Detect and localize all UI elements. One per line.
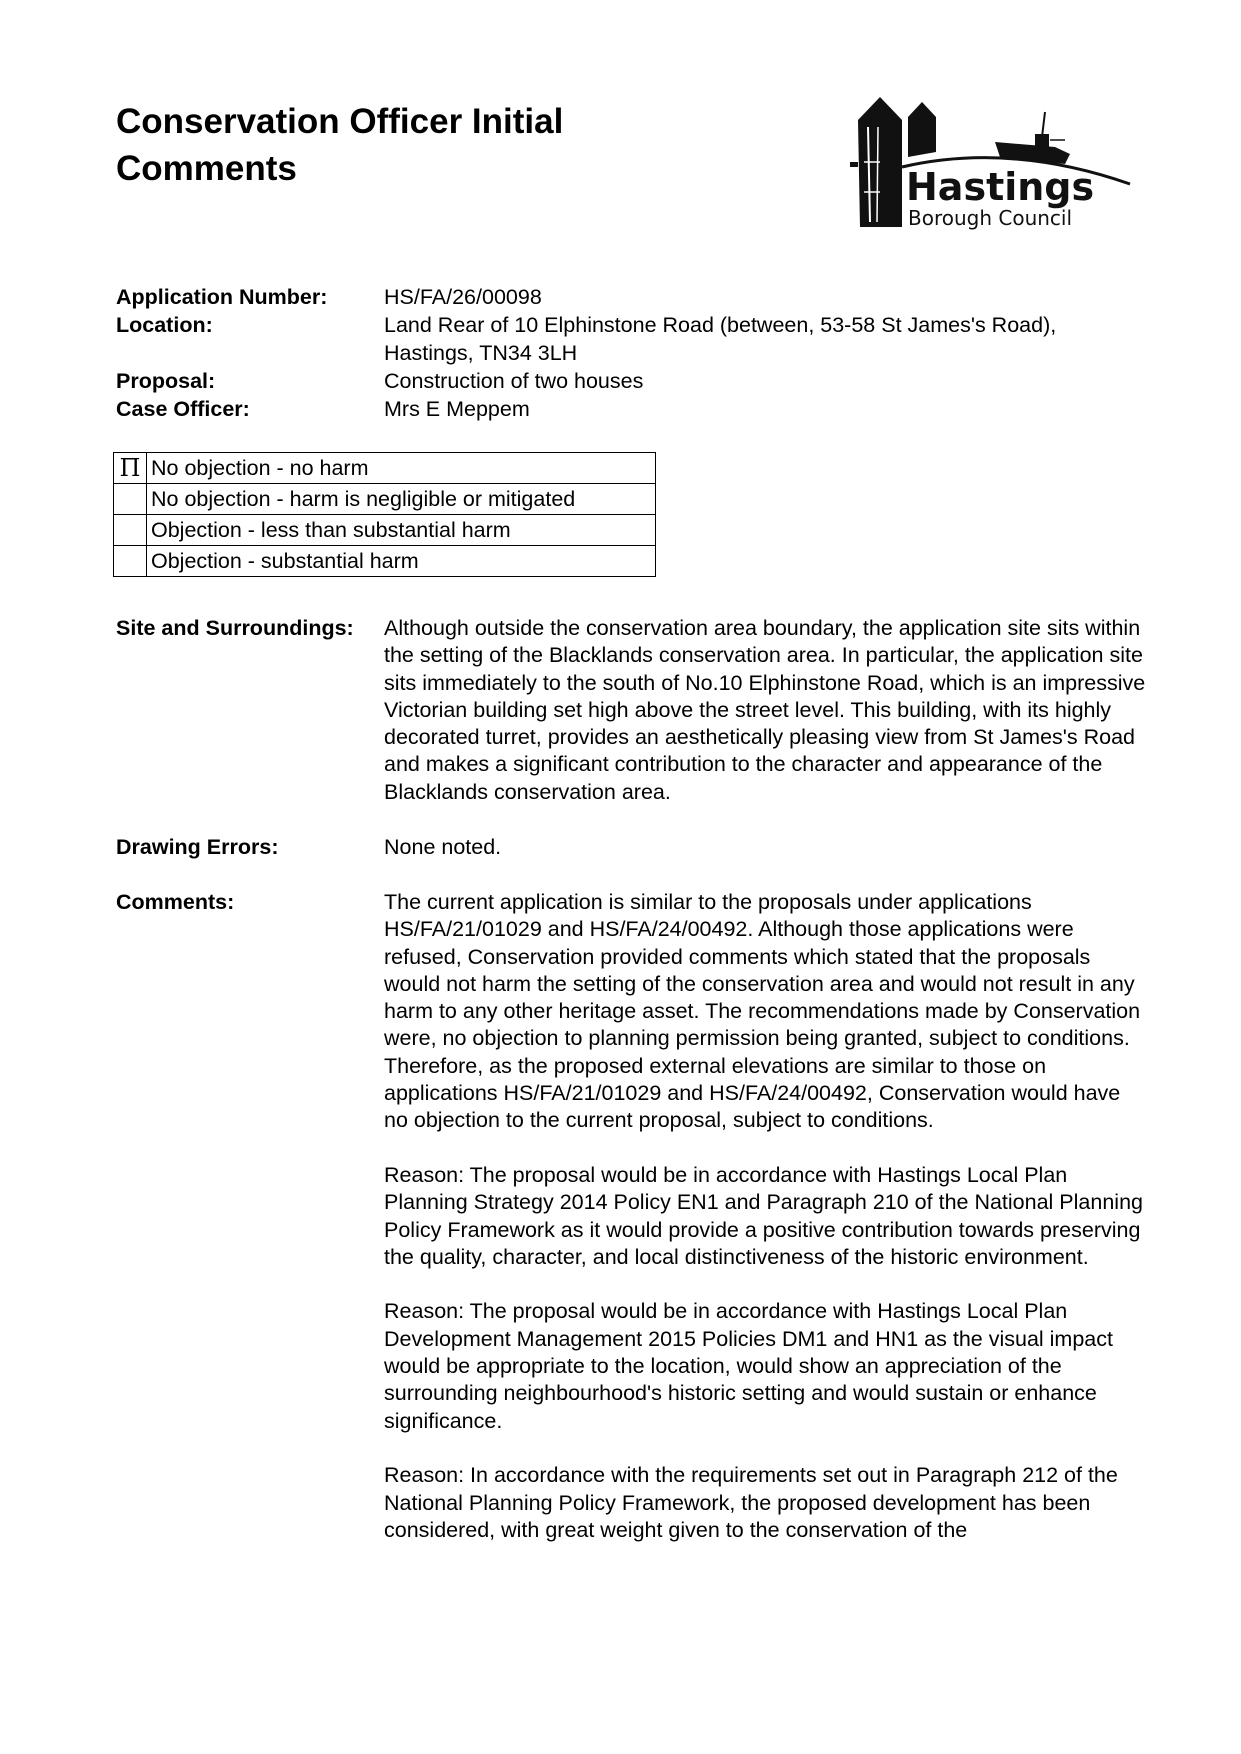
location-label: Location: [116, 311, 384, 367]
hastings-towers-boat-logo-icon: Hastings Borough Council [840, 92, 1140, 237]
assessment-option-negligible-harm: No objection - harm is negligible or mit… [114, 484, 656, 515]
case-officer-value: Mrs E Meppem [384, 395, 1144, 423]
selection-mark [114, 546, 147, 577]
assessment-label: Objection - less than substantial harm [147, 515, 656, 546]
drawing-errors-label: Drawing Errors: [116, 834, 384, 861]
assessment-label: No objection - no harm [147, 453, 656, 484]
case-officer-row: Case Officer: Mrs E Meppem [116, 395, 1144, 423]
selection-mark [114, 484, 147, 515]
case-officer-label: Case Officer: [116, 395, 384, 423]
location-row: Location: Land Rear of 10 Elphinstone Ro… [116, 311, 1144, 367]
site-text: Although outside the conservation area b… [384, 615, 1149, 806]
svg-text:Borough Council: Borough Council [908, 206, 1072, 230]
site-and-surroundings-section: Site and Surroundings: Although outside … [116, 615, 1149, 806]
comments-section: Comments: The current application is sim… [116, 889, 1149, 1544]
application-number-row: Application Number: HS/FA/26/00098 [116, 283, 1144, 311]
drawing-errors-section: Drawing Errors: None noted. [116, 834, 1149, 861]
site-label: Site and Surroundings: [116, 615, 384, 806]
title-line-1: Conservation Officer Initial [116, 98, 563, 145]
page-title: Conservation Officer Initial Comments [116, 98, 563, 192]
assessment-label: Objection - substantial harm [147, 546, 656, 577]
selection-mark [114, 515, 147, 546]
location-value: Land Rear of 10 Elphinstone Road (betwee… [384, 311, 1144, 367]
assessment-option-less-than-substantial: Objection - less than substantial harm [114, 515, 656, 546]
application-number-value: HS/FA/26/00098 [384, 283, 1144, 311]
application-number-label: Application Number: [116, 283, 384, 311]
comments-body: The current application is similar to th… [384, 889, 1149, 1544]
application-details: Application Number: HS/FA/26/00098 Locat… [116, 283, 1144, 423]
title-line-2: Comments [116, 145, 563, 192]
assessment-table: Π No objection - no harm No objection - … [113, 452, 656, 577]
proposal-label: Proposal: [116, 367, 384, 395]
reason-paragraph: Reason: The proposal would be in accorda… [384, 1162, 1149, 1271]
reason-paragraph: Reason: The proposal would be in accorda… [384, 1298, 1149, 1434]
hastings-borough-council-logo: Hastings Borough Council [840, 92, 1140, 237]
proposal-row: Proposal: Construction of two houses [116, 367, 1144, 395]
svg-text:Hastings: Hastings [906, 165, 1094, 209]
assessment-option-substantial: Objection - substantial harm [114, 546, 656, 577]
comments-label: Comments: [116, 889, 384, 1544]
proposal-value: Construction of two houses [384, 367, 1144, 395]
drawing-errors-text: None noted. [384, 834, 1149, 861]
reason-paragraph: Reason: In accordance with the requireme… [384, 1462, 1149, 1544]
assessment-option-no-harm: Π No objection - no harm [114, 453, 656, 484]
comments-paragraph: The current application is similar to th… [384, 889, 1149, 1135]
selection-mark: Π [114, 453, 147, 484]
assessment-label: No objection - harm is negligible or mit… [147, 484, 656, 515]
